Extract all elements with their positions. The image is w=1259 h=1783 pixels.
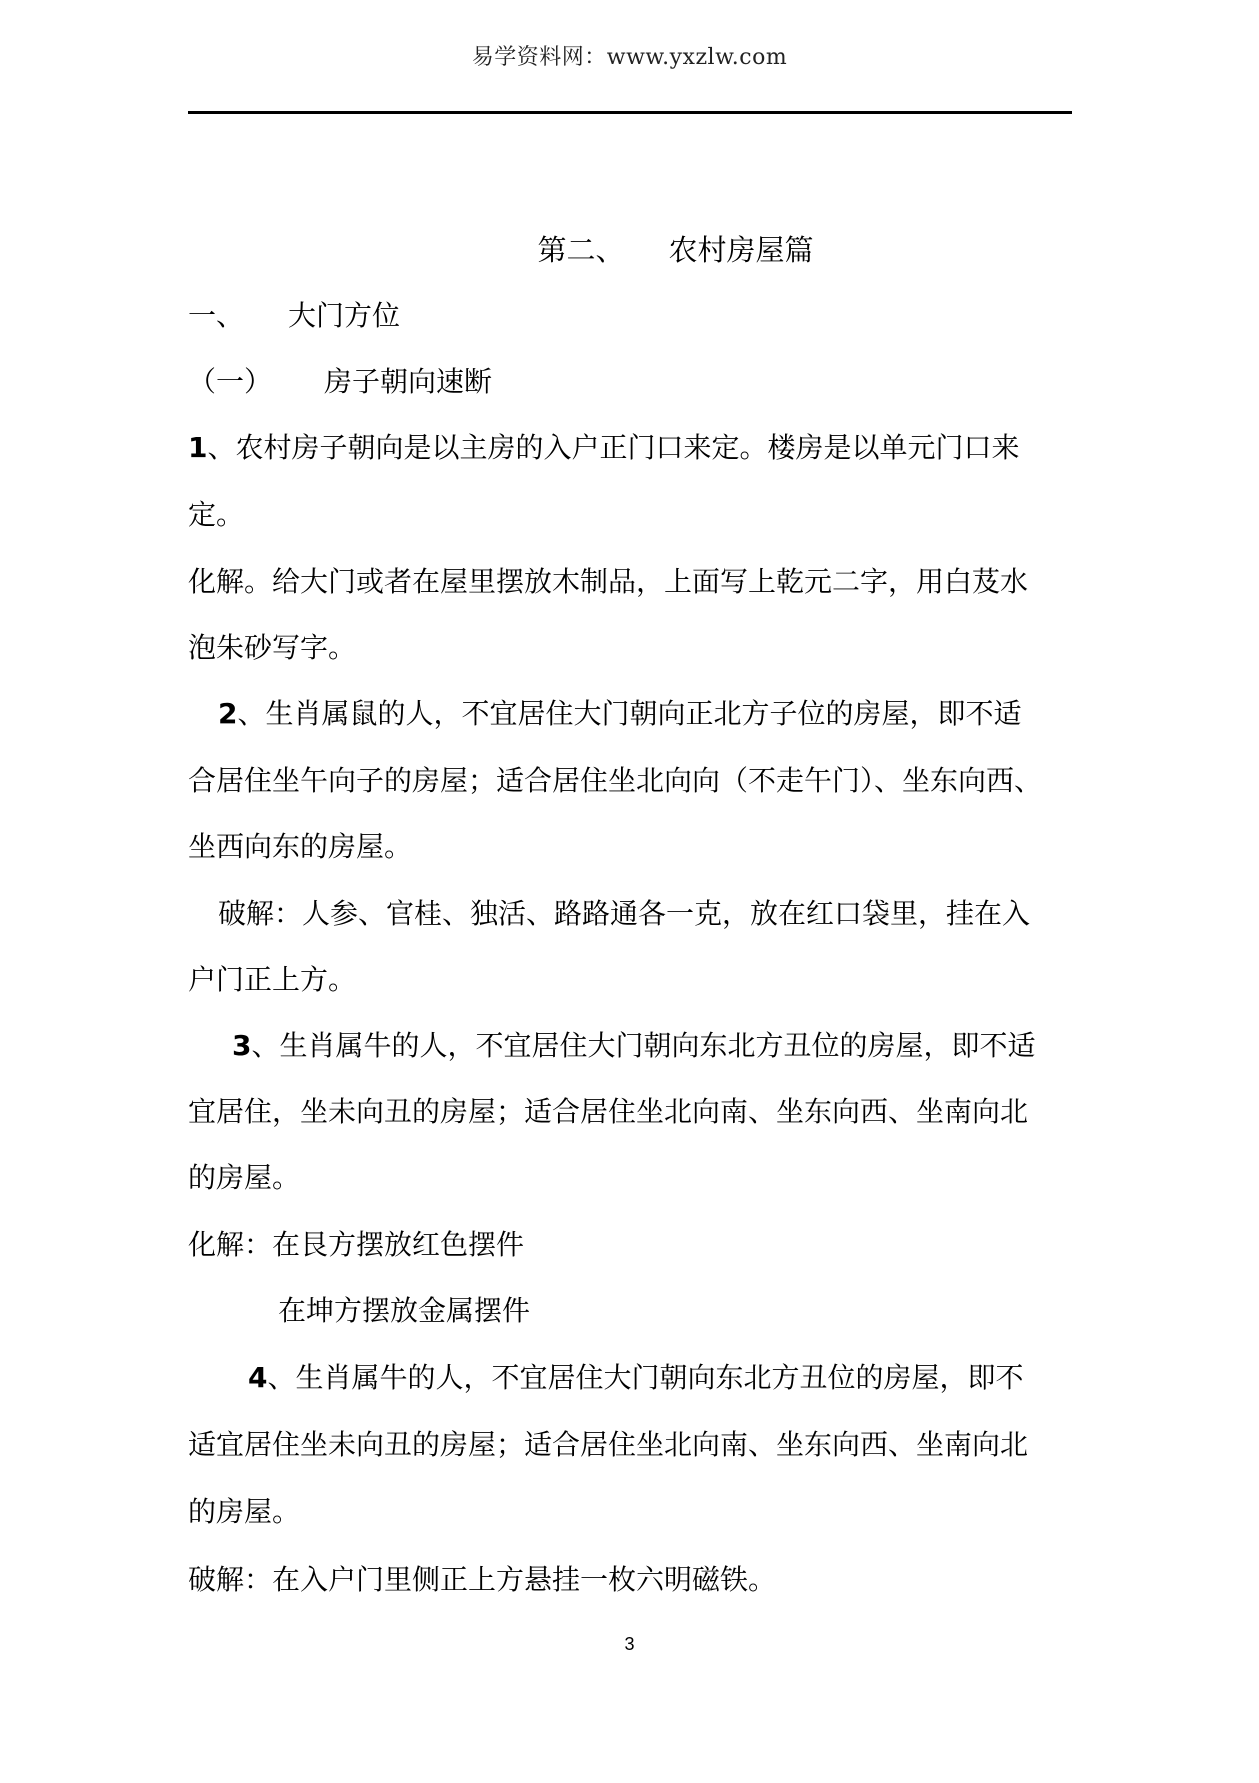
chapter-title: 第二、农村房屋篇: [0, 232, 1259, 268]
section-title: 大门方位: [288, 299, 400, 332]
paragraph-line: 破解：在入户门里侧正上方悬挂一枚六明磁铁。: [188, 1562, 1078, 1598]
item-number: 2: [218, 697, 237, 730]
paragraph-line: 适宜居住坐未向丑的房屋；适合居住坐北向南、坐东向西、坐南向北: [188, 1427, 1078, 1463]
paragraph-line: 化解：在艮方摆放红色摆件: [188, 1227, 1078, 1263]
paragraph-line: 的房屋。: [188, 1160, 1078, 1196]
section-heading: 一、大门方位: [188, 298, 1078, 334]
paragraph-line: 破解：人参、官桂、独活、路路通各一克，放在红口袋里，挂在入: [218, 896, 1108, 932]
page-header-site: 易学资料网：www.yxzlw.com: [0, 40, 1259, 71]
paragraph-line: 2、生肖属鼠的人，不宜居住大门朝向正北方子位的房屋，即不适: [218, 696, 1108, 732]
paragraph-line: 4、生肖属牛的人，不宜居住大门朝向东北方丑位的房屋，即不: [248, 1360, 1138, 1396]
paragraph-line: 坐西向东的房屋。: [188, 829, 1078, 865]
subsection-number: （一）: [188, 365, 272, 398]
paragraph-line: 定。: [188, 497, 1078, 533]
section-number: 一、: [188, 299, 244, 332]
chapter-number: 第二、: [537, 233, 624, 267]
paragraph-line: 宜居住，坐未向丑的房屋；适合居住坐北向南、坐东向西、坐南向北: [188, 1094, 1078, 1130]
paragraph-line: 1、农村房子朝向是以主房的入户正门口来定。楼房是以单元门口来: [188, 430, 1078, 466]
paragraph-line: 户门正上方。: [188, 962, 1078, 998]
item-number: 1: [188, 431, 207, 464]
paragraph-line: 泡朱砂写字。: [188, 630, 1078, 666]
paragraph-line: 的房屋。: [188, 1494, 1078, 1530]
page-number: 3: [0, 1634, 1259, 1655]
subsection-heading: （一）房子朝向速断: [188, 364, 1078, 400]
header-rule: [188, 111, 1072, 114]
item-number: 4: [248, 1361, 267, 1394]
item-number: 3: [232, 1029, 251, 1062]
paragraph-line: 3、生肖属牛的人，不宜居住大门朝向东北方丑位的房屋，即不适: [232, 1028, 1122, 1064]
chapter-name: 农村房屋篇: [669, 233, 814, 267]
paragraph-line: 合居住坐午向子的房屋；适合居住坐北向向（不走午门）、坐东向西、: [188, 763, 1078, 799]
paragraph-line: 化解。给大门或者在屋里摆放木制品，上面写上乾元二字，用白芨水: [188, 564, 1078, 600]
paragraph-line: 在坤方摆放金属摆件: [278, 1293, 1168, 1329]
subsection-title: 房子朝向速断: [324, 365, 492, 398]
